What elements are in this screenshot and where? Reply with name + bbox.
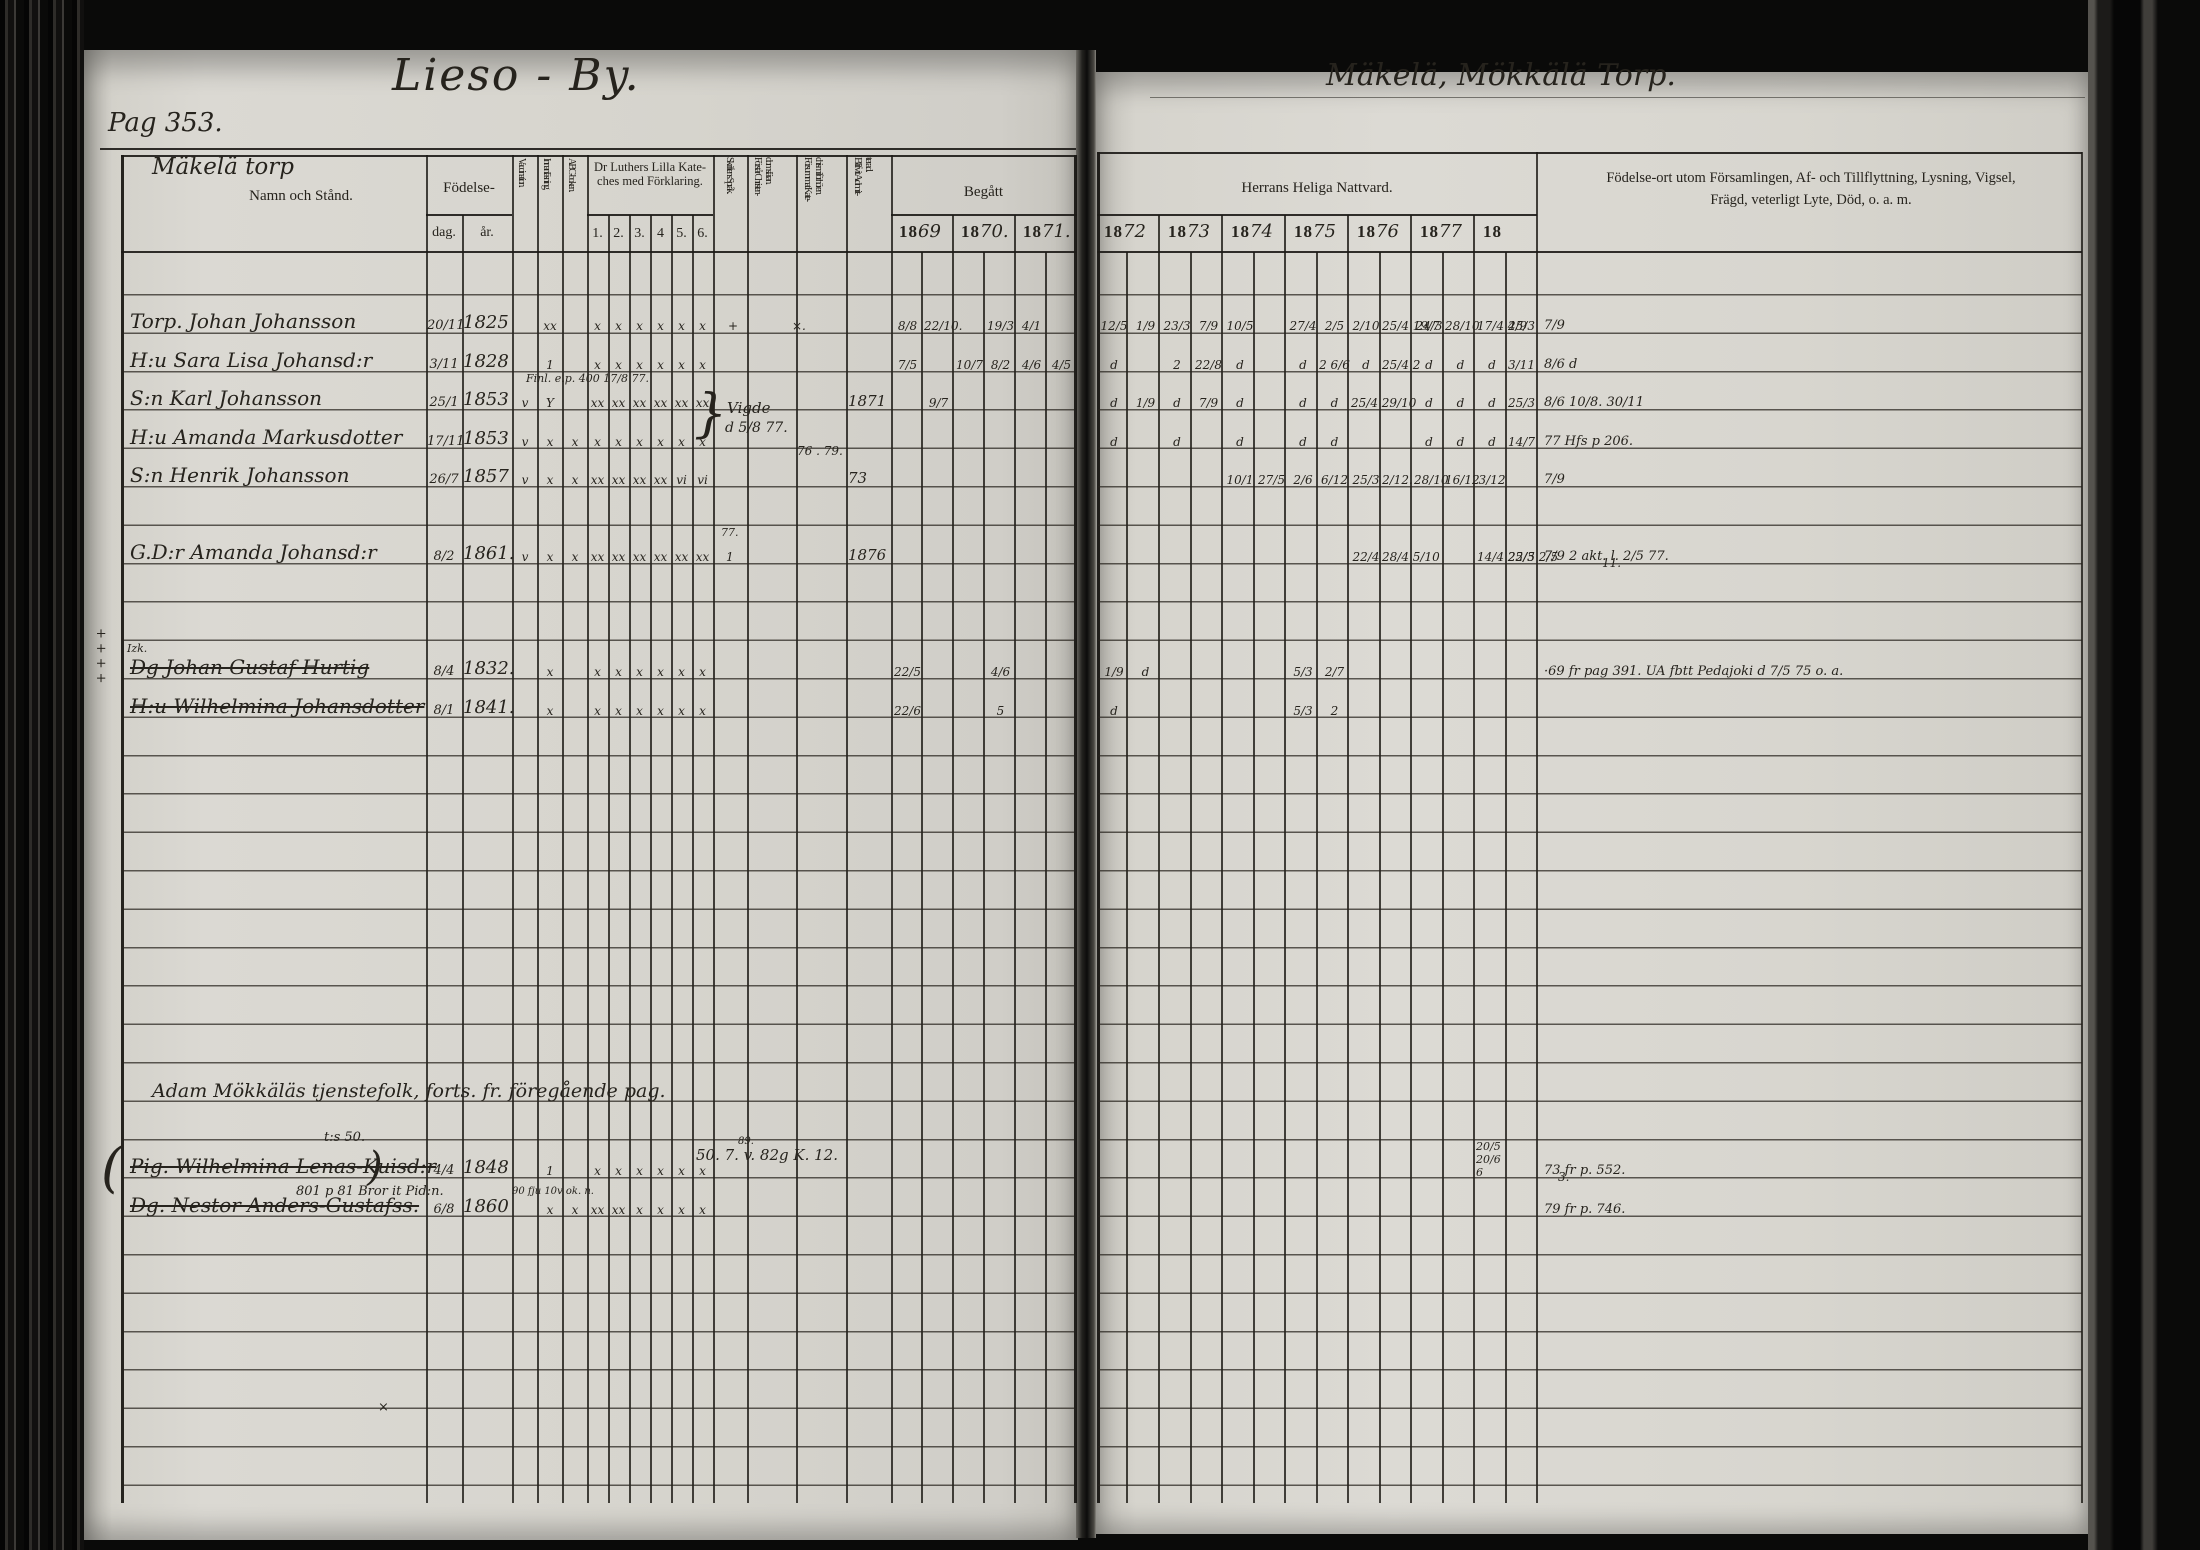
register-row: Dg Johan Gustaf Hurtig 8/4 1832. x x x x… [0, 648, 2200, 680]
communion-date: 27/4 [1288, 319, 1318, 333]
catechism-mark: x [587, 704, 608, 718]
register-row: Torp. Johan Johansson 20/11 1825 xx x x … [0, 302, 2200, 334]
catechism-mark: x [608, 319, 629, 333]
communion-date-stack: 20/5 20/6 6 [1476, 1140, 1501, 1179]
person-name: S:n Henrik Johansson [130, 463, 349, 487]
grid-line [1097, 152, 2082, 154]
catechism-mark: x [650, 319, 671, 333]
admitted-line2: terad. [863, 157, 874, 194]
missed-line1: Försummat Kate- [802, 157, 813, 200]
vaccination-mark: v [514, 550, 536, 564]
birth-year: 1853 [463, 389, 511, 410]
marginal-annotation: 89. [738, 1136, 754, 1147]
communion-date: 8/2 [986, 358, 1015, 372]
catechism-mark: vi [671, 473, 692, 487]
catechism-mark: xx [629, 396, 650, 410]
person-name: Dg. Nestor Anders-Gustafss. [130, 1193, 419, 1217]
birth-year: 1832. [463, 658, 511, 679]
year-header-1873: 1873 [1168, 221, 1210, 242]
birth-day: 8/2 [427, 549, 461, 564]
catechism-mark: xx [587, 1203, 608, 1217]
register-row: H:u Amanda Markusdotter 17/11 1853 v x x… [0, 418, 2200, 450]
grid-line [891, 214, 1077, 216]
communion-date: 23/3 [1162, 319, 1192, 333]
marginal-annotation: 11. [1602, 556, 1621, 570]
birth-year: 1861. [463, 543, 511, 564]
catechism-mark: xx [587, 473, 608, 487]
birth-year: 1857 [463, 466, 511, 487]
understands-christianity-column-header: Förstår Christen- domsläran. [752, 157, 774, 194]
catechism-mark: x [608, 704, 629, 718]
catechism-mark: x [650, 358, 671, 372]
communion-date: 14/7 [1508, 435, 1535, 449]
communion-date: 14/4 25/3 [1477, 550, 1507, 564]
catechism-mark: x [587, 665, 608, 679]
communion-date: 1/9 [1130, 319, 1161, 333]
communion-date: 2/6 [1288, 473, 1318, 487]
year-header-1877: 1877 [1420, 221, 1462, 242]
catechism-mark: xx [608, 396, 629, 410]
communion-date: 10/5 [1225, 319, 1255, 333]
right-title-underline [1150, 97, 2085, 98]
birth-column-header: Födelse- [426, 180, 512, 197]
catechism-part-header: 4 [650, 226, 671, 242]
year-header-blank: 18 [1483, 221, 1502, 242]
communion-date: d [1225, 358, 1255, 372]
communion-date: 22/4 [1351, 550, 1381, 564]
communion-date: 28/10 [1414, 473, 1444, 487]
catechism-mark: x [608, 665, 629, 679]
year-header-1876: 1876 [1357, 221, 1399, 242]
communion-date: d [1414, 435, 1444, 449]
row-note: 77 Hfs p 206. [1544, 434, 1633, 449]
catechism-mark: x [650, 1203, 671, 1217]
abc-mark: x [564, 473, 586, 487]
communion-date: 27/5 [1256, 473, 1287, 487]
birth-year: 1860 [463, 1196, 511, 1217]
right-page-title: Mäkelä, Mökkälä Torp. [1326, 58, 1676, 93]
vaccination-mark: v [514, 396, 536, 410]
reading-mark: x [539, 1203, 561, 1217]
marriage-brace: } [694, 384, 727, 444]
catechism-mark: xx [650, 396, 671, 410]
communion-date: d [1225, 396, 1255, 410]
communion-date: 16/12 [1445, 473, 1476, 487]
birth-year-header: år. [462, 225, 512, 241]
communion-date: d [1477, 396, 1507, 410]
row-note: ·69 fr pag 391. UA fbtt Pedajoki d 7/5 7… [1544, 664, 1843, 679]
communion-date: 4/5 [1048, 358, 1075, 372]
grid-line [1097, 214, 1537, 216]
communion-date: 5 [986, 704, 1015, 718]
communion-date: d [1414, 396, 1444, 410]
marginal-annotation: 77. [721, 526, 739, 539]
catechism-header-line2: ches med Förklaring. [597, 174, 703, 188]
catechism-mark: x [692, 665, 713, 679]
catechism-mark: x [671, 435, 692, 449]
missed-line2: chismiförhören. [813, 157, 824, 200]
catechism-mark: x [671, 1203, 692, 1217]
year-header-1872: 1872 [1104, 221, 1146, 242]
communion-date: 6 [1476, 1166, 1501, 1179]
catechism-header-line1: Dr Luthers Lilla Kate- [594, 160, 706, 174]
catechism-mark: x [650, 435, 671, 449]
abc-mark: x [564, 550, 586, 564]
catechism-mark: xx [608, 550, 629, 564]
catechism-mark: x [671, 319, 692, 333]
communion-date: d [1445, 358, 1476, 372]
catechism-mark: x [692, 1164, 713, 1178]
admitted-column-header: Blifvit Admit- terad. [852, 157, 874, 194]
year-header-1874: 1874 [1231, 221, 1273, 242]
marginal-annotation: t:s 50. [324, 1130, 365, 1145]
communion-date: 25/3 [1351, 473, 1381, 487]
communion-date: 7/9 [1193, 319, 1224, 333]
scanned-parish-register-photo: Pag 353. Lieso - By. Mäkelä, Mökkälä Tor… [0, 0, 2200, 1550]
catechism-mark: x [671, 1164, 692, 1178]
communion-date: 4/1 [1017, 319, 1046, 333]
register-row: S:n Henrik Johansson 26/7 1857 v x x xx … [0, 456, 2200, 488]
catechism-mark: x [692, 1203, 713, 1217]
catechism-part-header: 1. [587, 226, 608, 242]
communion-date: 25/4 19/7 [1382, 319, 1413, 333]
catechism-mark: xx [650, 473, 671, 487]
communion-date: 1/9 [1130, 396, 1161, 410]
birth-day: 20/11 [427, 318, 461, 333]
communion-date: 4/6 [986, 665, 1015, 679]
person-name: H:u Amanda Markusdotter [130, 425, 402, 449]
scripture-mark: 1 [726, 550, 734, 564]
catechism-mark: x [608, 435, 629, 449]
communion-date: 2/12. [1382, 473, 1413, 487]
abc-mark: x [564, 435, 586, 449]
catechism-mark: xx [608, 1203, 629, 1217]
communion-date: 7/9 [1193, 396, 1224, 410]
catechism-mark: x [650, 1164, 671, 1178]
communion-date: d [1162, 396, 1192, 410]
catechism-mark: x [671, 358, 692, 372]
grid-line [1097, 251, 2082, 253]
marriage-note-line2: d 5/8 77. [725, 420, 788, 436]
row-note: 7/9 [1544, 318, 1565, 333]
communion-date: d [1319, 435, 1350, 449]
reading-mark: 1 [539, 1164, 561, 1178]
vaccination-column-header: Vaccination. [516, 158, 527, 186]
year-header-1869: 1869 [899, 221, 941, 242]
year-header-1870: 1870. [961, 221, 1009, 242]
communion-date: 25/3 [1508, 396, 1535, 410]
register-row: H:u Sara Lisa Johansd:r 3/11 1828 1 x x … [0, 341, 2200, 373]
admitted-year: 1871 [848, 392, 886, 410]
catechism-mark: x [608, 1164, 629, 1178]
catechism-mark: x [629, 319, 650, 333]
scripture-language-column-header: Skriftens Språk. [724, 157, 735, 193]
person-name: H:u Wilhelmina Johansdotter [130, 694, 424, 718]
catechism-mark: x [629, 435, 650, 449]
admitted-line1: Blifvit Admit- [852, 157, 863, 194]
catechism-column-header: Dr Luthers Lilla Kate- ches med Förklari… [588, 160, 712, 188]
catechism-mark: x [587, 1164, 608, 1178]
communion-date: 2 [1162, 358, 1192, 372]
register-row: H:u Wilhelmina Johansdotter 8/1 1841. x … [0, 687, 2200, 719]
catechism-mark: x [629, 1203, 650, 1217]
communion-date: 25/3 [1508, 319, 1535, 333]
communion-date: 2/5 [1319, 319, 1350, 333]
communion-date: d [1414, 358, 1444, 372]
communion-date: 22/6 [893, 704, 922, 718]
communion-date: d [1445, 396, 1476, 410]
communion-date: 19/3 [986, 319, 1015, 333]
communion-date: 5/3 [1288, 665, 1318, 679]
admitted-year: 73 [848, 469, 867, 487]
abc-book-column-header: ABC-boken. [566, 158, 577, 191]
communion-date: 20/6 [1476, 1153, 1501, 1166]
marginal-annotation: 3. [1558, 1170, 1569, 1184]
communion-date: 9/7 [924, 396, 953, 410]
birth-day: 26/7 [427, 472, 461, 487]
communion-date: 2 [1319, 704, 1350, 718]
grid-line [587, 214, 713, 216]
birth-day: 6/8 [427, 1202, 461, 1217]
communion-date: 24/3 [1414, 319, 1444, 333]
section-heading-row: Adam Mökkäläs tjenstefolk, forts. fr. fö… [0, 1071, 2200, 1103]
communion-date: 28/10 [1445, 319, 1476, 333]
grid-line [426, 214, 512, 216]
communion-date: d [1099, 704, 1129, 718]
catechism-part-header: 5. [671, 226, 692, 242]
communion-date: 10/1 [1225, 473, 1255, 487]
person-name: G.D:r Amanda Johansd:r [130, 540, 377, 564]
communion-date: 7/5 [893, 358, 922, 372]
register-row: Pig. Wilhelmina Lenas-Kuisd:r 4/4 1848 1… [0, 1147, 2200, 1179]
communion-date: 28/4 5/10 [1382, 550, 1413, 564]
communion-date: d [1319, 396, 1350, 410]
understands-line1: Förstår Christen- [752, 157, 763, 194]
reading-mark: x [539, 704, 561, 718]
communion-date: 17/4 4/9 [1477, 319, 1507, 333]
catechism-mark: x [587, 319, 608, 333]
catechism-part-header: 6. [692, 226, 713, 242]
marginal-annotation: 50. 7. v. 82g K. 12. [696, 1146, 838, 1164]
catechism-mark: x [671, 665, 692, 679]
vaccination-mark: v [514, 473, 536, 487]
catechism-mark: x [671, 704, 692, 718]
birth-year: 1841. [463, 697, 511, 718]
person-name: S:n Karl Johansson [130, 386, 322, 410]
catechism-part-header: 3. [629, 226, 650, 242]
communion-date: 20/5 [1476, 1140, 1501, 1153]
catechism-mark: xx [650, 550, 671, 564]
catechism-mark: xx [692, 550, 713, 564]
notes-column-header-line1: Födelse-ort utom Församlingen, Af- och T… [1556, 170, 2066, 187]
communion-date: d [1477, 435, 1507, 449]
register-row: S:n Karl Johansson 25/1 1853 v Y xx xx x… [0, 379, 2200, 411]
catechism-mark: x [629, 358, 650, 372]
row-note: 7/9 [1544, 472, 1565, 487]
catechism-mark: xx [608, 473, 629, 487]
person-name: Dg Johan Gustaf Hurtig [130, 655, 369, 679]
vaccination-mark: v [514, 435, 536, 449]
communion-date: 25/4 2 [1382, 358, 1413, 372]
person-name: Pig. Wilhelmina Lenas-Kuisd:r [130, 1154, 436, 1178]
person-name: Torp. Johan Johansson [130, 309, 356, 333]
catechism-mark: x [650, 665, 671, 679]
year-header-1875: 1875 [1294, 221, 1336, 242]
person-name: H:u Sara Lisa Johansd:r [130, 348, 372, 372]
communion-date: d [1130, 665, 1161, 679]
register-row: Dg. Nestor Anders-Gustafss. 6/8 1860 x x… [0, 1186, 2200, 1218]
page-number: Pag 353. [108, 108, 223, 138]
marriage-note-line1: Vigde [727, 399, 770, 417]
reading-column-header: Innanläsning. [541, 158, 552, 189]
missed-mark: ×. [792, 319, 806, 333]
catechism-mark: x [692, 704, 713, 718]
catechism-mark: xx [629, 550, 650, 564]
year-header-1871: 1871. [1023, 221, 1071, 242]
reading-mark: 1 [539, 358, 561, 372]
birth-year: 1828 [463, 351, 511, 372]
catechism-mark: xx [629, 473, 650, 487]
birth-day: 8/4 [427, 664, 461, 679]
section-heading: Adam Mökkäläs tjenstefolk, forts. fr. fö… [152, 1080, 666, 1102]
communion-date: 6/12 [1319, 473, 1350, 487]
reading-mark: x [539, 473, 561, 487]
communion-date: d [1099, 396, 1129, 410]
communion-date: 1/9 [1099, 665, 1129, 679]
communion-date: d [1225, 435, 1255, 449]
communion-date: 22/10. [924, 319, 953, 333]
communion-date: 8/8 [893, 319, 922, 333]
page-edges-right [2088, 0, 2200, 1550]
catechism-mark: xx [671, 550, 692, 564]
communion-date: d [1288, 396, 1318, 410]
reading-mark: x [539, 435, 561, 449]
communion-date: d [1099, 358, 1129, 372]
communion-date: 25/4 29/10 [1351, 396, 1381, 410]
stray-mark: × [378, 1400, 389, 1415]
communion-date: 12/5 [1099, 319, 1129, 333]
title-underline [100, 148, 1076, 150]
register-row: G.D:r Amanda Johansd:r 8/2 1861. v x x x… [0, 533, 2200, 565]
catechism-mark: x [608, 358, 629, 372]
row-note: 73 fr p. 552. [1544, 1163, 1625, 1178]
catechism-mark: xx [671, 396, 692, 410]
birth-day: 8/1 [427, 703, 461, 718]
catechism-mark: x [587, 358, 608, 372]
left-page-title: Lieso - By. [392, 50, 641, 101]
birth-day: 25/1 [427, 395, 461, 410]
communion-date: d [1099, 435, 1129, 449]
row-note: 8/6 10/8. 30/11 [1544, 395, 1644, 410]
communion-date: d [1477, 358, 1507, 372]
communion-date: 22/8 [1193, 358, 1224, 372]
catechism-mark: x [629, 665, 650, 679]
communion-date: 4/6 [1017, 358, 1046, 372]
communion-date: 3/12 [1477, 473, 1507, 487]
catechism-mark: x [692, 358, 713, 372]
catechism-mark: vi [692, 473, 713, 487]
abc-mark: x [564, 1203, 586, 1217]
book-gutter [1076, 50, 1096, 1538]
catechism-mark: x [629, 1164, 650, 1178]
catechism-mark: x [587, 435, 608, 449]
communion-date: 10/7 [955, 358, 984, 372]
communion-date: 3/11 [1508, 358, 1535, 372]
communion-date: d [1162, 435, 1192, 449]
communion-date: d [1288, 435, 1318, 449]
catechism-mark: x [629, 704, 650, 718]
row-note: 79 fr p. 746. [1544, 1202, 1625, 1217]
communion-date: d [1445, 435, 1476, 449]
birth-day: 3/11 [427, 357, 461, 372]
communion-date: 22/5 2/5 [1508, 550, 1535, 564]
catechism-mark: x [650, 704, 671, 718]
communion-date: d [1288, 358, 1318, 372]
name-column-handwritten-title: Mäkelä torp [152, 154, 294, 180]
notes-column-header-line2: Frägd, veterligt Lyte, Död, o. a. m. [1556, 192, 2066, 209]
communion-header: Herrans Heliga Nattvard. [1098, 180, 1536, 197]
communion-date: 22/5 [893, 665, 922, 679]
catechism-mark: x [692, 319, 713, 333]
communion-date: 2/10 [1351, 319, 1381, 333]
grid-line [121, 251, 1077, 253]
reading-mark: Y [539, 396, 561, 410]
birth-day-header: dag. [426, 225, 462, 241]
birth-day: 17/11 [427, 434, 461, 449]
begatt-header: Begått [891, 184, 1076, 201]
communion-date: 2/7 [1319, 665, 1350, 679]
catechism-mark: xx [587, 550, 608, 564]
communion-date: 5/3 [1288, 704, 1318, 718]
row-note: 8/6 d [1544, 357, 1577, 372]
birth-year: 1825 [463, 312, 511, 333]
scripture-mark: + [728, 319, 738, 333]
book-spine-edge [0, 0, 84, 1550]
admitted-year: 1876 [848, 546, 886, 564]
birth-year: 1853 [463, 428, 511, 449]
catechism-part-header: 2. [608, 226, 629, 242]
birth-day: 4/4 [427, 1163, 461, 1178]
reading-mark: x [539, 665, 561, 679]
reading-mark: xx [539, 319, 561, 333]
birth-year: 1848 [463, 1157, 511, 1178]
reading-mark: x [539, 550, 561, 564]
missed-examinations-column-header: Försummat Kate- chismiförhören. [802, 157, 824, 200]
communion-date: d [1351, 358, 1381, 372]
understands-line2: domsläran. [763, 157, 774, 194]
communion-date: 2 6/6 [1319, 358, 1350, 372]
catechism-mark: xx [587, 396, 608, 410]
name-column-printed-title: Namn och Stånd. [176, 188, 426, 205]
